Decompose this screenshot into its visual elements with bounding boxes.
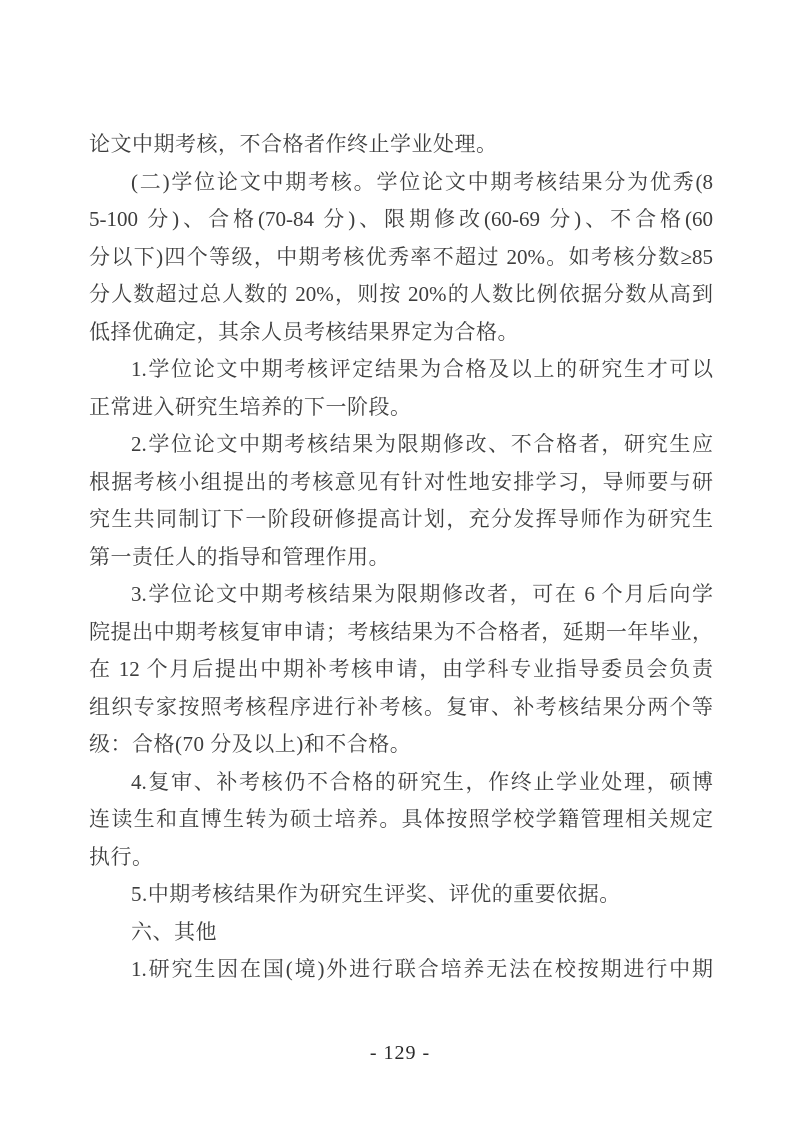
text-line: 分人数超过总人数的 20%，则按 20%的人数比例依据分数从高到 — [89, 276, 713, 314]
text-line: 5.中期考核结果作为研究生评奖、评优的重要依据。 — [89, 876, 713, 914]
text-line: 第一责任人的指导和管理作用。 — [89, 539, 713, 577]
text-line: 究生共同制订下一阶段研修提高计划，充分发挥导师作为研究生 — [89, 501, 713, 539]
document-body: 论文中期考核，不合格者作终止学业处理。 (二)学位论文中期考核。学位论文中期考核… — [89, 126, 713, 989]
text-line: 1.研究生因在国(境)外进行联合培养无法在校按期进行中期 — [89, 951, 713, 989]
text-line: 分以下)四个等级，中期考核优秀率不超过 20%。如考核分数≥85 — [89, 239, 713, 277]
text-line: 5-100 分)、合格(70-84 分)、限期修改(60-69 分)、不合格(6… — [89, 201, 713, 239]
text-line: 院提出中期考核复审申请；考核结果为不合格者，延期一年毕业， — [89, 614, 713, 652]
document-page: 论文中期考核，不合格者作终止学业处理。 (二)学位论文中期考核。学位论文中期考核… — [0, 0, 800, 1131]
text-line: 低择优确定，其余人员考核结果界定为合格。 — [89, 314, 713, 352]
page-number: - 129 - — [0, 1042, 800, 1065]
section-heading: 六、其他 — [89, 914, 713, 952]
text-line: 4.复审、补考核仍不合格的研究生，作终止学业处理，硕博 — [89, 764, 713, 802]
text-line: 根据考核小组提出的考核意见有针对性地安排学习，导师要与研 — [89, 464, 713, 502]
text-line: 2.学位论文中期考核结果为限期修改、不合格者，研究生应 — [89, 426, 713, 464]
text-line: (二)学位论文中期考核。学位论文中期考核结果分为优秀(8 — [89, 164, 713, 202]
text-line: 组织专家按照考核程序进行补考核。复审、补考核结果分两个等 — [89, 689, 713, 727]
text-line: 连读生和直博生转为硕士培养。具体按照学校学籍管理相关规定 — [89, 801, 713, 839]
text-line: 正常进入研究生培养的下一阶段。 — [89, 389, 713, 427]
text-line: 论文中期考核，不合格者作终止学业处理。 — [89, 126, 713, 164]
text-line: 在 12 个月后提出中期补考核申请，由学科专业指导委员会负责 — [89, 651, 713, 689]
text-line: 执行。 — [89, 839, 713, 877]
text-line: 3.学位论文中期考核结果为限期修改者，可在 6 个月后向学 — [89, 576, 713, 614]
text-line: 1.学位论文中期考核评定结果为合格及以上的研究生才可以 — [89, 351, 713, 389]
text-line: 级：合格(70 分及以上)和不合格。 — [89, 726, 713, 764]
